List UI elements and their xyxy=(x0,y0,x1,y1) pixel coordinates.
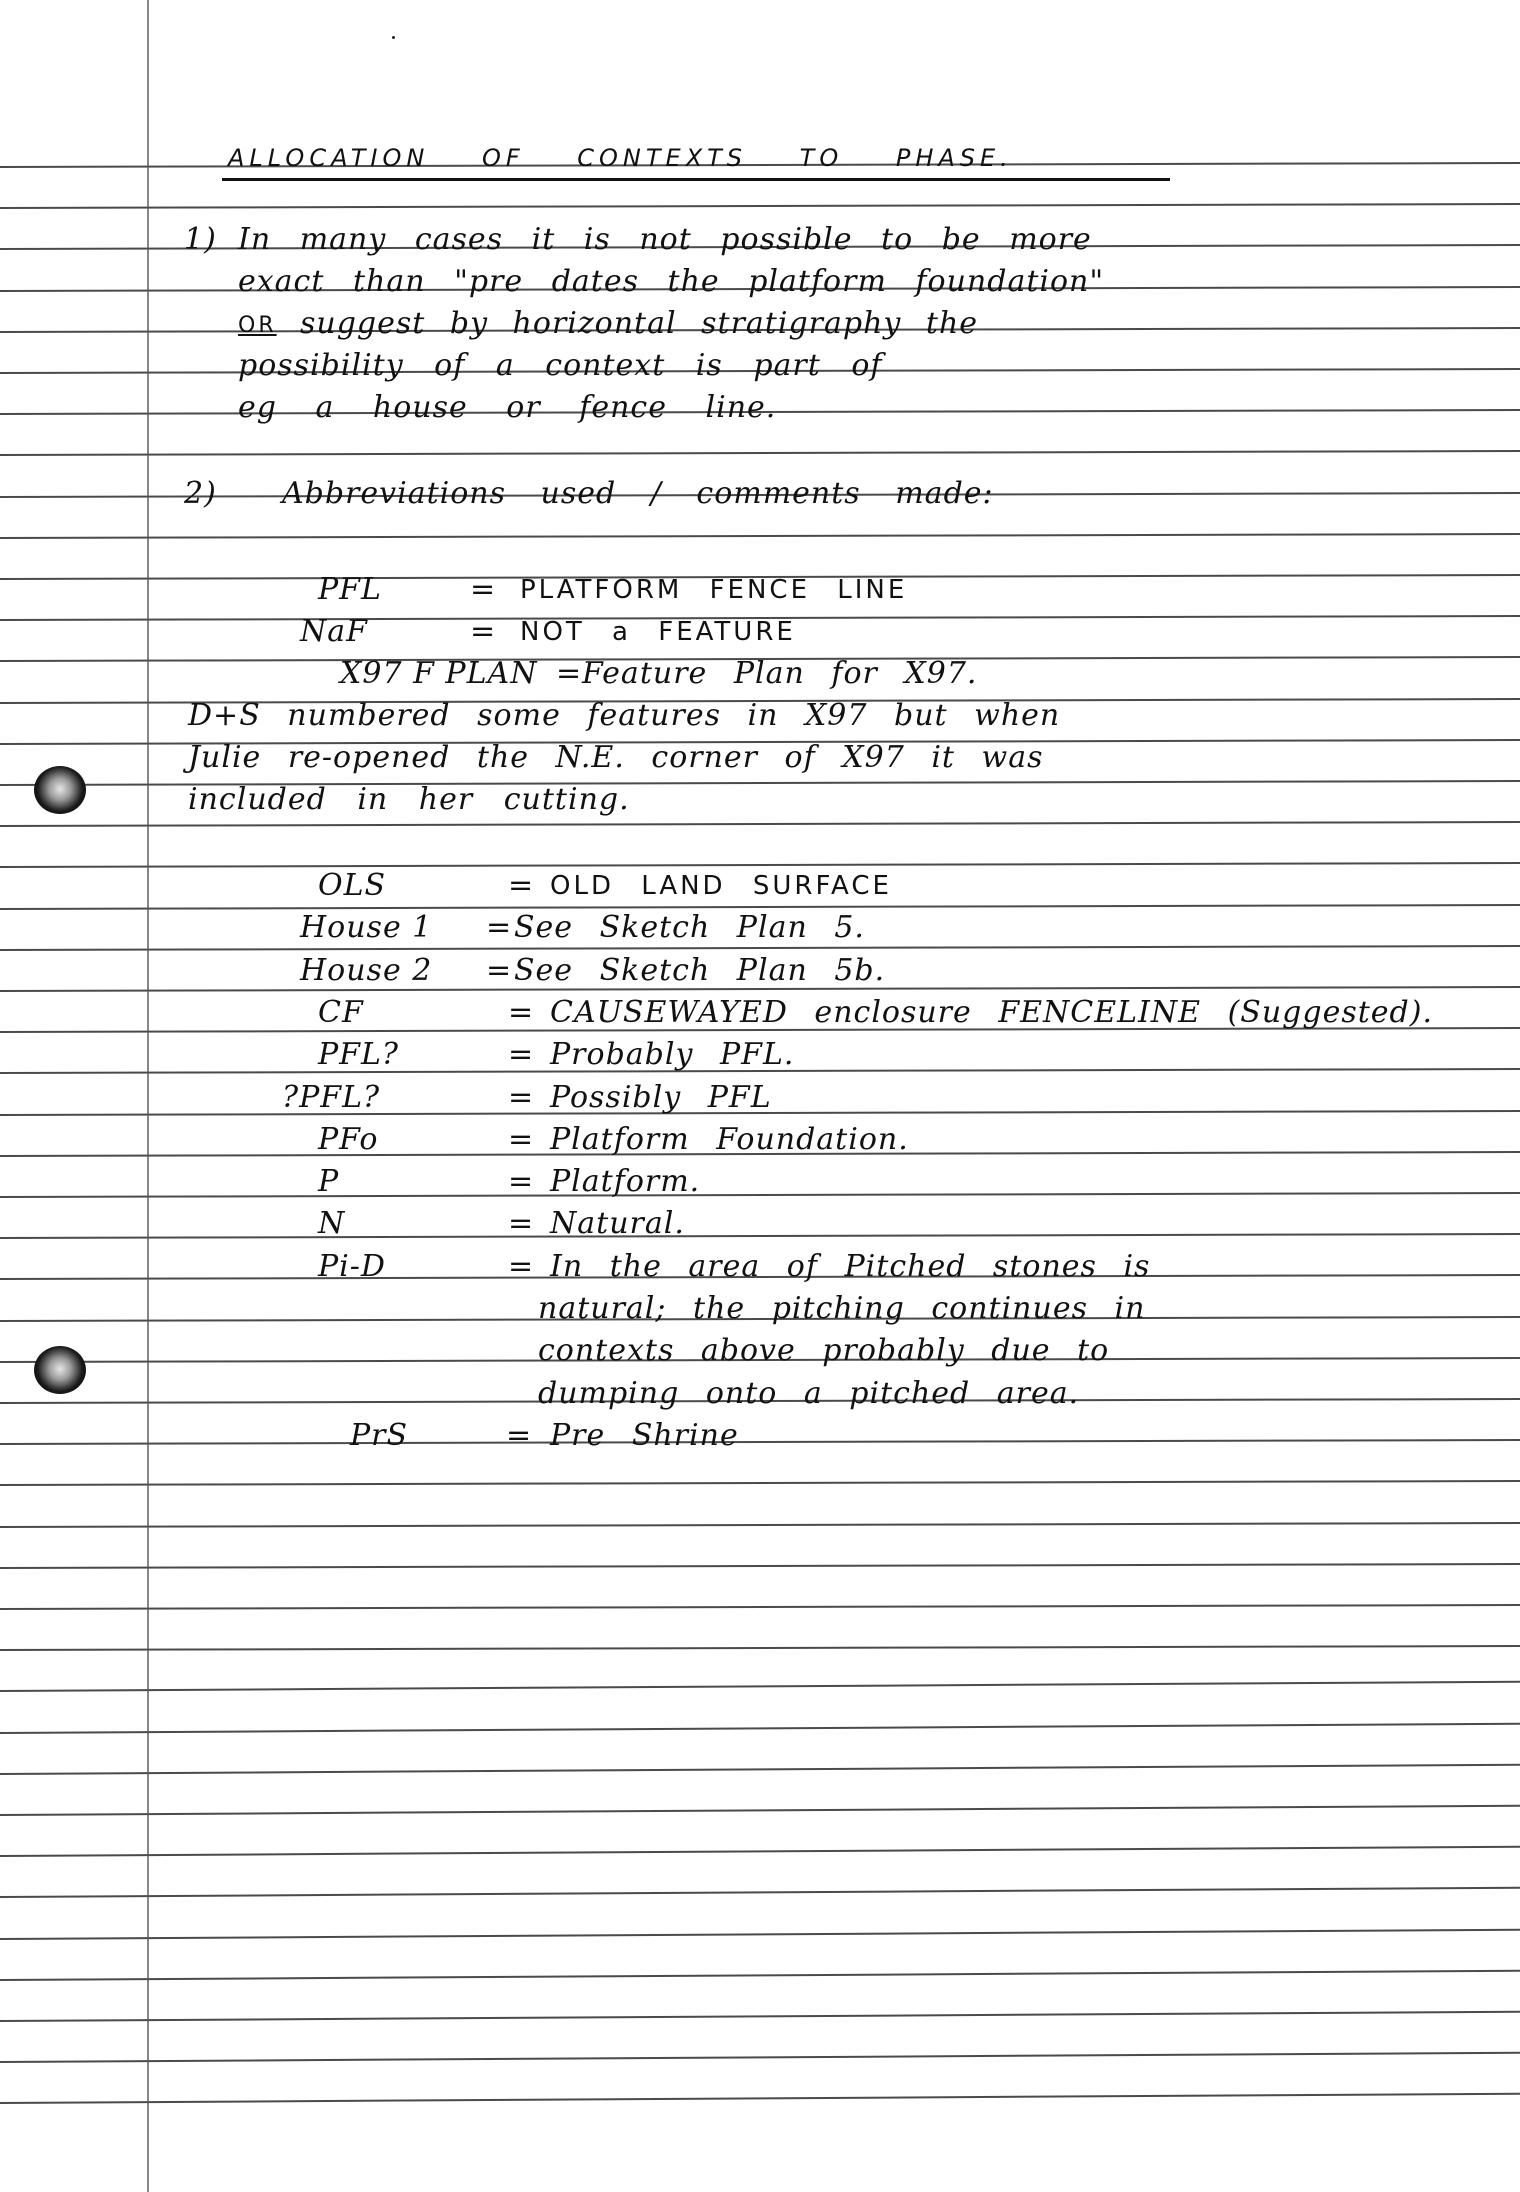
abbreviation-meaning: In the area of Pitched stones is xyxy=(550,1249,1150,1285)
ruled-line xyxy=(0,1645,1520,1651)
ruled-line xyxy=(0,1970,1520,1981)
abbreviation-meaning: Pre Shrine xyxy=(550,1418,739,1454)
abbreviation-key: ?PFL? xyxy=(282,1080,380,1116)
ruled-line xyxy=(0,2093,1520,2104)
ruled-line xyxy=(0,533,1520,539)
ruled-line xyxy=(0,1604,1520,1610)
abbreviation-meaning: Natural. xyxy=(550,1206,685,1242)
note2-heading: Abbreviations used / comments made: xyxy=(282,476,994,512)
abbreviation-meaning: dumping onto a pitched area. xyxy=(538,1376,1079,1412)
ruled-line xyxy=(0,1233,1520,1239)
abbreviation-key: OLS xyxy=(318,868,386,904)
abbreviation-key: N xyxy=(318,1206,345,1242)
abbreviation-meaning: See Sketch Plan 5b. xyxy=(514,953,885,989)
note1-line-4: possibility of a context is part of xyxy=(238,348,883,384)
equals-sign: = xyxy=(486,910,512,946)
ruled-line xyxy=(0,1929,1520,1940)
abbreviation-key: X97 F PLAN xyxy=(340,656,537,692)
equals-sign: = xyxy=(556,656,582,692)
ruled-line xyxy=(0,904,1520,910)
abbreviation-key: PFL xyxy=(318,572,382,608)
equals-sign: = xyxy=(508,1122,534,1158)
abbreviation-meaning: CAUSEWAYED enclosure FENCELINE (Suggeste… xyxy=(550,995,1433,1031)
comment-line-2: Julie re-opened the N.E. corner of X97 i… xyxy=(188,740,1043,776)
ruled-line xyxy=(0,1439,1520,1445)
note1-line-3: suggest by horizontal stratigraphy the xyxy=(300,306,978,342)
abbreviation-key: House 2 xyxy=(300,953,432,989)
equals-sign: = xyxy=(508,868,534,904)
ruled-line xyxy=(0,1723,1520,1734)
abbreviation-meaning: OLD LAND SURFACE xyxy=(550,868,892,904)
equals-sign: = xyxy=(508,995,534,1031)
abbreviation-key: PFo xyxy=(318,1122,378,1158)
equals-sign: = xyxy=(508,1164,534,1200)
equals-sign: = xyxy=(508,1080,534,1116)
comment-line-1: D+S numbered some features in X97 but wh… xyxy=(188,698,1060,734)
notebook-page: ALLOCATION OF CONTEXTS TO PHASE. 1) In m… xyxy=(0,0,1520,2192)
abbreviation-meaning: Platform Foundation. xyxy=(550,1122,909,1158)
equals-sign: = xyxy=(506,1418,532,1454)
abbreviation-key: Pi-D xyxy=(318,1249,386,1285)
abbreviation-key: CF xyxy=(318,995,364,1031)
ruled-line xyxy=(0,1887,1520,1898)
ruled-line xyxy=(0,1480,1520,1486)
abbreviation-meaning: NOT a FEATURE xyxy=(520,614,796,650)
ruled-line xyxy=(0,203,1520,209)
note1-number: 1) xyxy=(184,222,217,258)
note1-or: OR xyxy=(238,308,277,344)
abbreviation-key: PrS xyxy=(350,1418,408,1454)
abbreviation-meaning: Possibly PFL xyxy=(550,1080,772,1116)
abbreviation-meaning: Probably PFL. xyxy=(550,1037,794,1073)
abbreviation-meaning: PLATFORM FENCE LINE xyxy=(520,572,907,608)
note1-line-1: In many cases it is not possible to be m… xyxy=(238,222,1092,258)
ruled-line xyxy=(0,821,1520,827)
equals-sign: = xyxy=(508,1206,534,1242)
equals-sign: = xyxy=(508,1037,534,1073)
equals-sign: = xyxy=(470,614,496,650)
ruled-line xyxy=(0,1764,1520,1775)
ruled-line xyxy=(0,1522,1520,1528)
note1-line-2: exact than "pre dates the platform found… xyxy=(238,264,1104,300)
ruled-line xyxy=(0,1846,1520,1857)
abbreviation-key: House 1 xyxy=(300,910,432,946)
equals-sign: = xyxy=(486,953,512,989)
title-underline xyxy=(222,178,1170,181)
ruled-line xyxy=(0,450,1520,456)
ruled-line xyxy=(0,1681,1520,1692)
abbreviation-key: P xyxy=(318,1164,339,1200)
note1-line-5: eg a house or fence line. xyxy=(238,390,776,426)
ruled-line xyxy=(0,1563,1520,1569)
page-title: ALLOCATION OF CONTEXTS TO PHASE. xyxy=(228,140,1013,176)
ruled-line xyxy=(0,2052,1520,2063)
abbreviation-meaning: Feature Plan for X97. xyxy=(582,656,977,692)
ruled-line xyxy=(0,1192,1520,1198)
punch-hole-bottom xyxy=(34,1346,86,1394)
note2-number: 2) xyxy=(184,476,217,512)
abbreviation-meaning: natural; the pitching continues in xyxy=(538,1291,1145,1327)
ruled-line xyxy=(0,2011,1520,2022)
comment-line-3: included in her cutting. xyxy=(188,782,630,818)
ink-speck xyxy=(392,36,395,39)
punch-hole-top xyxy=(34,766,86,814)
margin-line xyxy=(147,0,149,2192)
equals-sign: = xyxy=(470,572,496,608)
abbreviation-meaning: contexts above probably due to xyxy=(538,1333,1109,1369)
abbreviation-meaning: See Sketch Plan 5. xyxy=(514,910,865,946)
abbreviation-key: PFL? xyxy=(318,1037,399,1073)
abbreviation-meaning: Platform. xyxy=(550,1164,700,1200)
abbreviation-key: NaF xyxy=(300,614,368,650)
ruled-line xyxy=(0,1805,1520,1816)
equals-sign: = xyxy=(508,1249,534,1285)
